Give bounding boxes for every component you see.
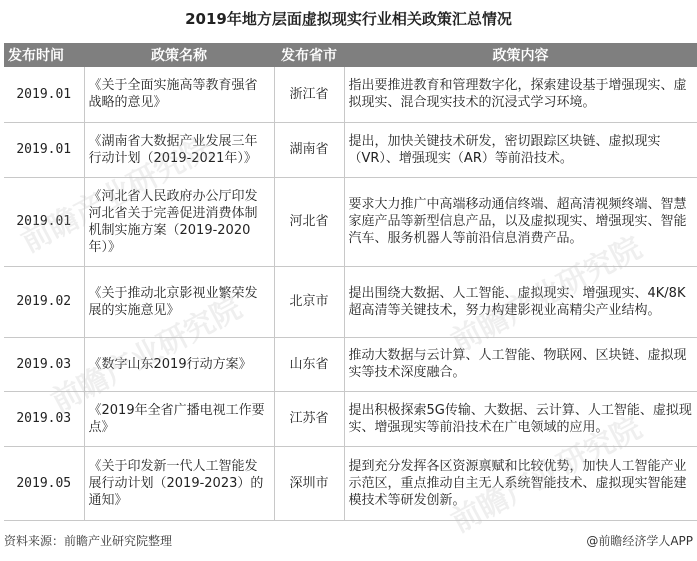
column-header-name: 政策名称: [84, 43, 274, 67]
cell-policy-name: 《关于推动北京影视业繁荣发展的实施意见》: [84, 266, 274, 337]
policy-table: 发布时间 政策名称 发布省市 政策内容 2019.01 《关于全面实施高等教育强…: [4, 43, 697, 521]
cell-province: 江苏省: [274, 391, 344, 446]
cell-province: 深圳市: [274, 446, 344, 520]
cell-content: 指出要推进教育和管理数字化，探索建设基于增强现实、虚拟现实、混合现实技术的沉浸式…: [344, 67, 697, 122]
cell-content: 提出围绕大数据、人工智能、虚拟现实、增强现实、4K/8K超高清等关键技术，努力构…: [344, 266, 697, 337]
table-row: 2019.05 《关于印发新一代人工智能发展行动计划（2019-2023）的通知…: [4, 446, 697, 520]
cell-date: 2019.02: [4, 266, 84, 337]
cell-policy-name: 《关于全面实施高等教育强省战略的意见》: [84, 67, 274, 122]
page-title: 2019年地方层面虚拟现实行业相关政策汇总情况: [0, 8, 697, 29]
footer: 资料来源：前瞻产业研究院整理 @前瞻经济学人APP: [4, 532, 693, 550]
source-note: 资料来源：前瞻产业研究院整理: [4, 532, 172, 550]
cell-content: 提出，加快关键技术研发，密切跟踪区块链、虚拟现实（VR）、增强现实（AR）等前沿…: [344, 122, 697, 177]
cell-policy-name: 《关于印发新一代人工智能发展行动计划（2019-2023）的通知》: [84, 446, 274, 520]
table-row: 2019.01 《河北省人民政府办公厅印发河北省关于完善促进消费体制机制实施方案…: [4, 177, 697, 266]
cell-date: 2019.03: [4, 337, 84, 391]
credit-note: @前瞻经济学人APP: [586, 532, 693, 550]
cell-province: 湖南省: [274, 122, 344, 177]
cell-province: 山东省: [274, 337, 344, 391]
cell-policy-name: 《2019年全省广播电视工作要点》: [84, 391, 274, 446]
cell-date: 2019.05: [4, 446, 84, 520]
table-header-row: 发布时间 政策名称 发布省市 政策内容: [4, 43, 697, 67]
cell-content: 推动大数据与云计算、人工智能、物联网、区块链、虚拟现实等技术深度融合。: [344, 337, 697, 391]
cell-province: 北京市: [274, 266, 344, 337]
cell-date: 2019.01: [4, 67, 84, 122]
cell-date: 2019.03: [4, 391, 84, 446]
column-header-content: 政策内容: [344, 43, 697, 67]
cell-policy-name: 《数字山东2019行动方案》: [84, 337, 274, 391]
column-header-province: 发布省市: [274, 43, 344, 67]
cell-province: 浙江省: [274, 67, 344, 122]
cell-content: 提到充分发挥各区资源禀赋和比较优势，加快人工智能产业示范区，重点推动自主无人系统…: [344, 446, 697, 520]
table-row: 2019.03 《数字山东2019行动方案》 山东省 推动大数据与云计算、人工智…: [4, 337, 697, 391]
cell-content: 提出积极探索5G传输、大数据、云计算、人工智能、虚拟现实、增强现实等前沿技术在广…: [344, 391, 697, 446]
cell-policy-name: 《湖南省大数据产业发展三年行动计划（2019-2021年）》: [84, 122, 274, 177]
table-row: 2019.03 《2019年全省广播电视工作要点》 江苏省 提出积极探索5G传输…: [4, 391, 697, 446]
cell-content: 要求大力推广中高端移动通信终端、超高清视频终端、智慧家庭产品等新型信息产品，以及…: [344, 177, 697, 266]
table-row: 2019.01 《湖南省大数据产业发展三年行动计划（2019-2021年）》 湖…: [4, 122, 697, 177]
table-row: 2019.01 《关于全面实施高等教育强省战略的意见》 浙江省 指出要推进教育和…: [4, 67, 697, 122]
cell-date: 2019.01: [4, 177, 84, 266]
cell-province: 河北省: [274, 177, 344, 266]
cell-date: 2019.01: [4, 122, 84, 177]
column-header-date: 发布时间: [4, 43, 84, 67]
cell-policy-name: 《河北省人民政府办公厅印发河北省关于完善促进消费体制机制实施方案（2019-20…: [84, 177, 274, 266]
table-row: 2019.02 《关于推动北京影视业繁荣发展的实施意见》 北京市 提出围绕大数据…: [4, 266, 697, 337]
